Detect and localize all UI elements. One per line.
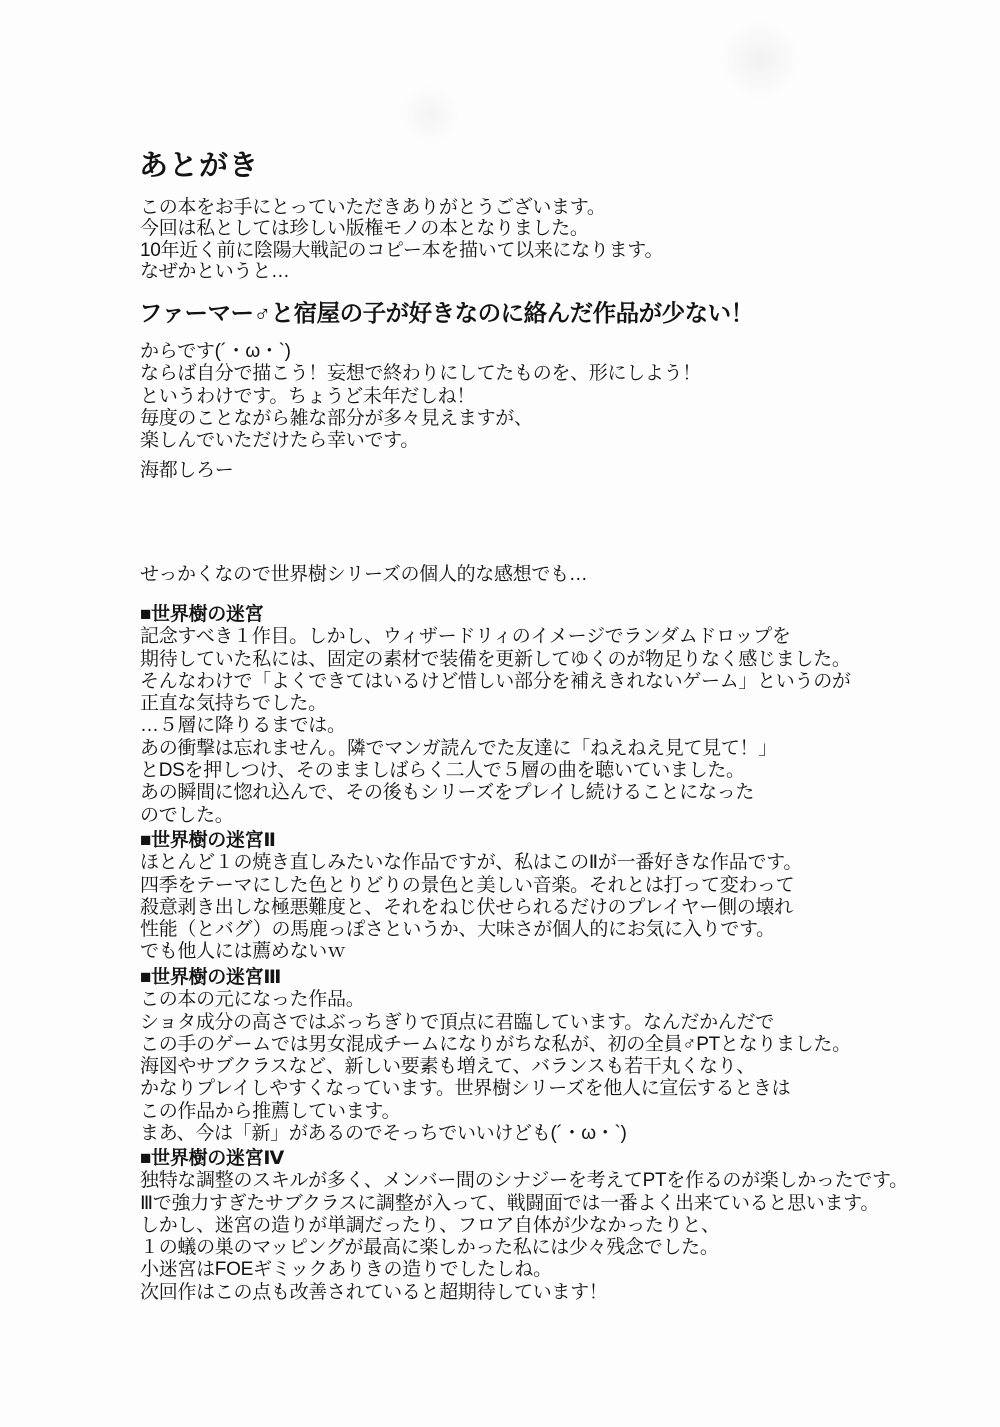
text-line: とDSを押しつけ、そのまましばらく二人で５層の曲を聴いていました。 [140, 760, 851, 782]
text-line: １の蟻の巣のマッピングが最高に楽しかった私には少々残念でした。 [140, 1237, 908, 1259]
text-line: 10年近く前に陰陽大戦記のコピー本を描いて以来になります。 [140, 240, 663, 261]
text-line: 次回作はこの点も改善されていると超期待しています！ [140, 1282, 908, 1304]
text-line: 楽しんでいただけたら幸いです。 [140, 430, 701, 452]
section-header-etrian-3: ■世界樹の迷宮Ⅲ [140, 967, 851, 989]
text-line: この手のゲームでは男女混成チームになりがちな私が、初の全員♂PTとなりました。 [140, 1034, 851, 1056]
text-line: 四季をテーマにした色とりどりの景色と美しい音楽。それとは打って変わって [140, 875, 802, 897]
text-line: 期待していた私には、固定の素材で装備を更新してゆくのが物足りなく感じました。 [140, 649, 851, 671]
opening-paragraph: この本をお手にとっていただきありがとうございます。今回は私としては珍しい版権モノ… [140, 197, 663, 282]
text-line: 毎度のことながら雑な部分が多々見えますが、 [140, 408, 701, 430]
text-line: からです(´・ω・`) [140, 341, 701, 363]
text-line: なぜかというと… [140, 261, 663, 282]
text-line: まあ、今は「新」があるのでそっちでいいけども(´・ω・`) [140, 1123, 851, 1145]
text-line: ならば自分で描こう！妄想で終わりにしてたものを、形にしよう！ [140, 363, 701, 385]
text-line: ほとんど１の焼き直しみたいな作品ですが、私はこのⅡが一番好きな作品です。 [140, 852, 802, 874]
text-line: この本をお手にとっていただきありがとうございます。 [140, 197, 663, 218]
section-body-etrian-3: この本の元になった作品。ショタ成分の高さではぶっちぎりで頂点に君臨しています。な… [140, 989, 851, 1145]
afterword-page: あとがき この本をお手にとっていただきありがとうございます。今回は私としては珍し… [0, 0, 1000, 1427]
headline: ファーマー♂と宿屋の子が好きなのに絡んだ作品が少ない！ [139, 294, 754, 328]
text-line: あの瞬間に惚れ込んで、その後もシリーズをプレイし続けることになった [140, 782, 851, 804]
text-line: 性能（とバグ）の馬鹿っぽさというか、大味さが個人的にお気に入りです。 [140, 919, 802, 941]
text-line: かなりプレイしやすくなっています。世界樹シリーズを他人に宣伝するときは [140, 1078, 851, 1100]
section-body-etrian-1: 記念すべき１作目。しかし、ウィザードリィのイメージでランダムドロップを期待してい… [140, 626, 851, 827]
section-header-etrian-2: ■世界樹の迷宮Ⅱ [140, 830, 802, 852]
text-line: しかし、迷宮の造りが単調だったり、フロア自体が少なかったりと、 [140, 1215, 908, 1237]
section-etrian-odyssey-3: ■世界樹の迷宮Ⅲ この本の元になった作品。ショタ成分の高さではぶっちぎりで頂点に… [140, 967, 851, 1145]
section-header-etrian-4: ■世界樹の迷宮Ⅳ [140, 1148, 908, 1170]
text-line: 海図やサブクラスなど、新しい要素も増えて、バランスも若干丸くなり、 [140, 1056, 851, 1078]
text-line: 殺意剥き出しな極悪難度と、それをねじ伏せられるだけのプレイヤー側の壊れ [140, 897, 802, 919]
reason-paragraph: からです(´・ω・`)ならば自分で描こう！妄想で終わりにしてたものを、形にしよう… [140, 341, 701, 452]
text-line: 小迷宮はFOEギミックありきの造りでしたしね。 [140, 1259, 908, 1281]
section-etrian-odyssey-4: ■世界樹の迷宮Ⅳ 独特な調整のスキルが多く、メンバー間のシナジーを考えてPTを作… [140, 1148, 908, 1304]
text-line: あの衝撃は忘れません。隣でマンガ読んでた友達に「ねえねえ見て見て！」 [140, 738, 851, 760]
text-line: この作品から推薦しています。 [140, 1101, 851, 1123]
text-line: そんなわけで「よくできてはいるけど惜しい部分を補えきれないゲーム」というのが [140, 671, 851, 693]
text-line: のでした。 [140, 805, 851, 827]
text-line: …５層に降りるまでは。 [140, 715, 851, 737]
author-signature: 海都しろー [140, 460, 234, 482]
text-line: 正直な気持ちでした。 [140, 693, 851, 715]
text-line: 記念すべき１作目。しかし、ウィザードリィのイメージでランダムドロップを [140, 626, 851, 648]
text-line: 今回は私としては珍しい版権モノの本となりました。 [140, 218, 663, 239]
section-etrian-odyssey-1: ■世界樹の迷宮 記念すべき１作目。しかし、ウィザードリィのイメージでランダムドロ… [140, 604, 851, 827]
section-body-etrian-4: 独特な調整のスキルが多く、メンバー間のシナジーを考えてPTを作るのが楽しかったで… [140, 1170, 908, 1304]
text-line: この本の元になった作品。 [140, 989, 851, 1011]
section-header-etrian-1: ■世界樹の迷宮 [140, 604, 851, 626]
text-line: Ⅲで強力すぎたサブクラスに調整が入って、戦闘面では一番よく出来ていると思います。 [140, 1193, 908, 1215]
text-line: 独特な調整のスキルが多く、メンバー間のシナジーを考えてPTを作るのが楽しかったで… [140, 1170, 908, 1192]
section-etrian-odyssey-2: ■世界樹の迷宮Ⅱ ほとんど１の焼き直しみたいな作品ですが、私はこのⅡが一番好きな… [140, 830, 802, 964]
impressions-intro: せっかくなので世界樹シリーズの個人的な感想でも… [140, 564, 587, 586]
page-title: あとがき [139, 143, 259, 184]
section-body-etrian-2: ほとんど１の焼き直しみたいな作品ですが、私はこのⅡが一番好きな作品です。四季をテ… [140, 852, 802, 963]
text-line: でも他人には薦めないｗ [140, 941, 802, 963]
text-line: というわけです。ちょうど未年だしね！ [140, 386, 701, 408]
text-line: ショタ成分の高さではぶっちぎりで頂点に君臨しています。なんだかんだで [140, 1012, 851, 1034]
